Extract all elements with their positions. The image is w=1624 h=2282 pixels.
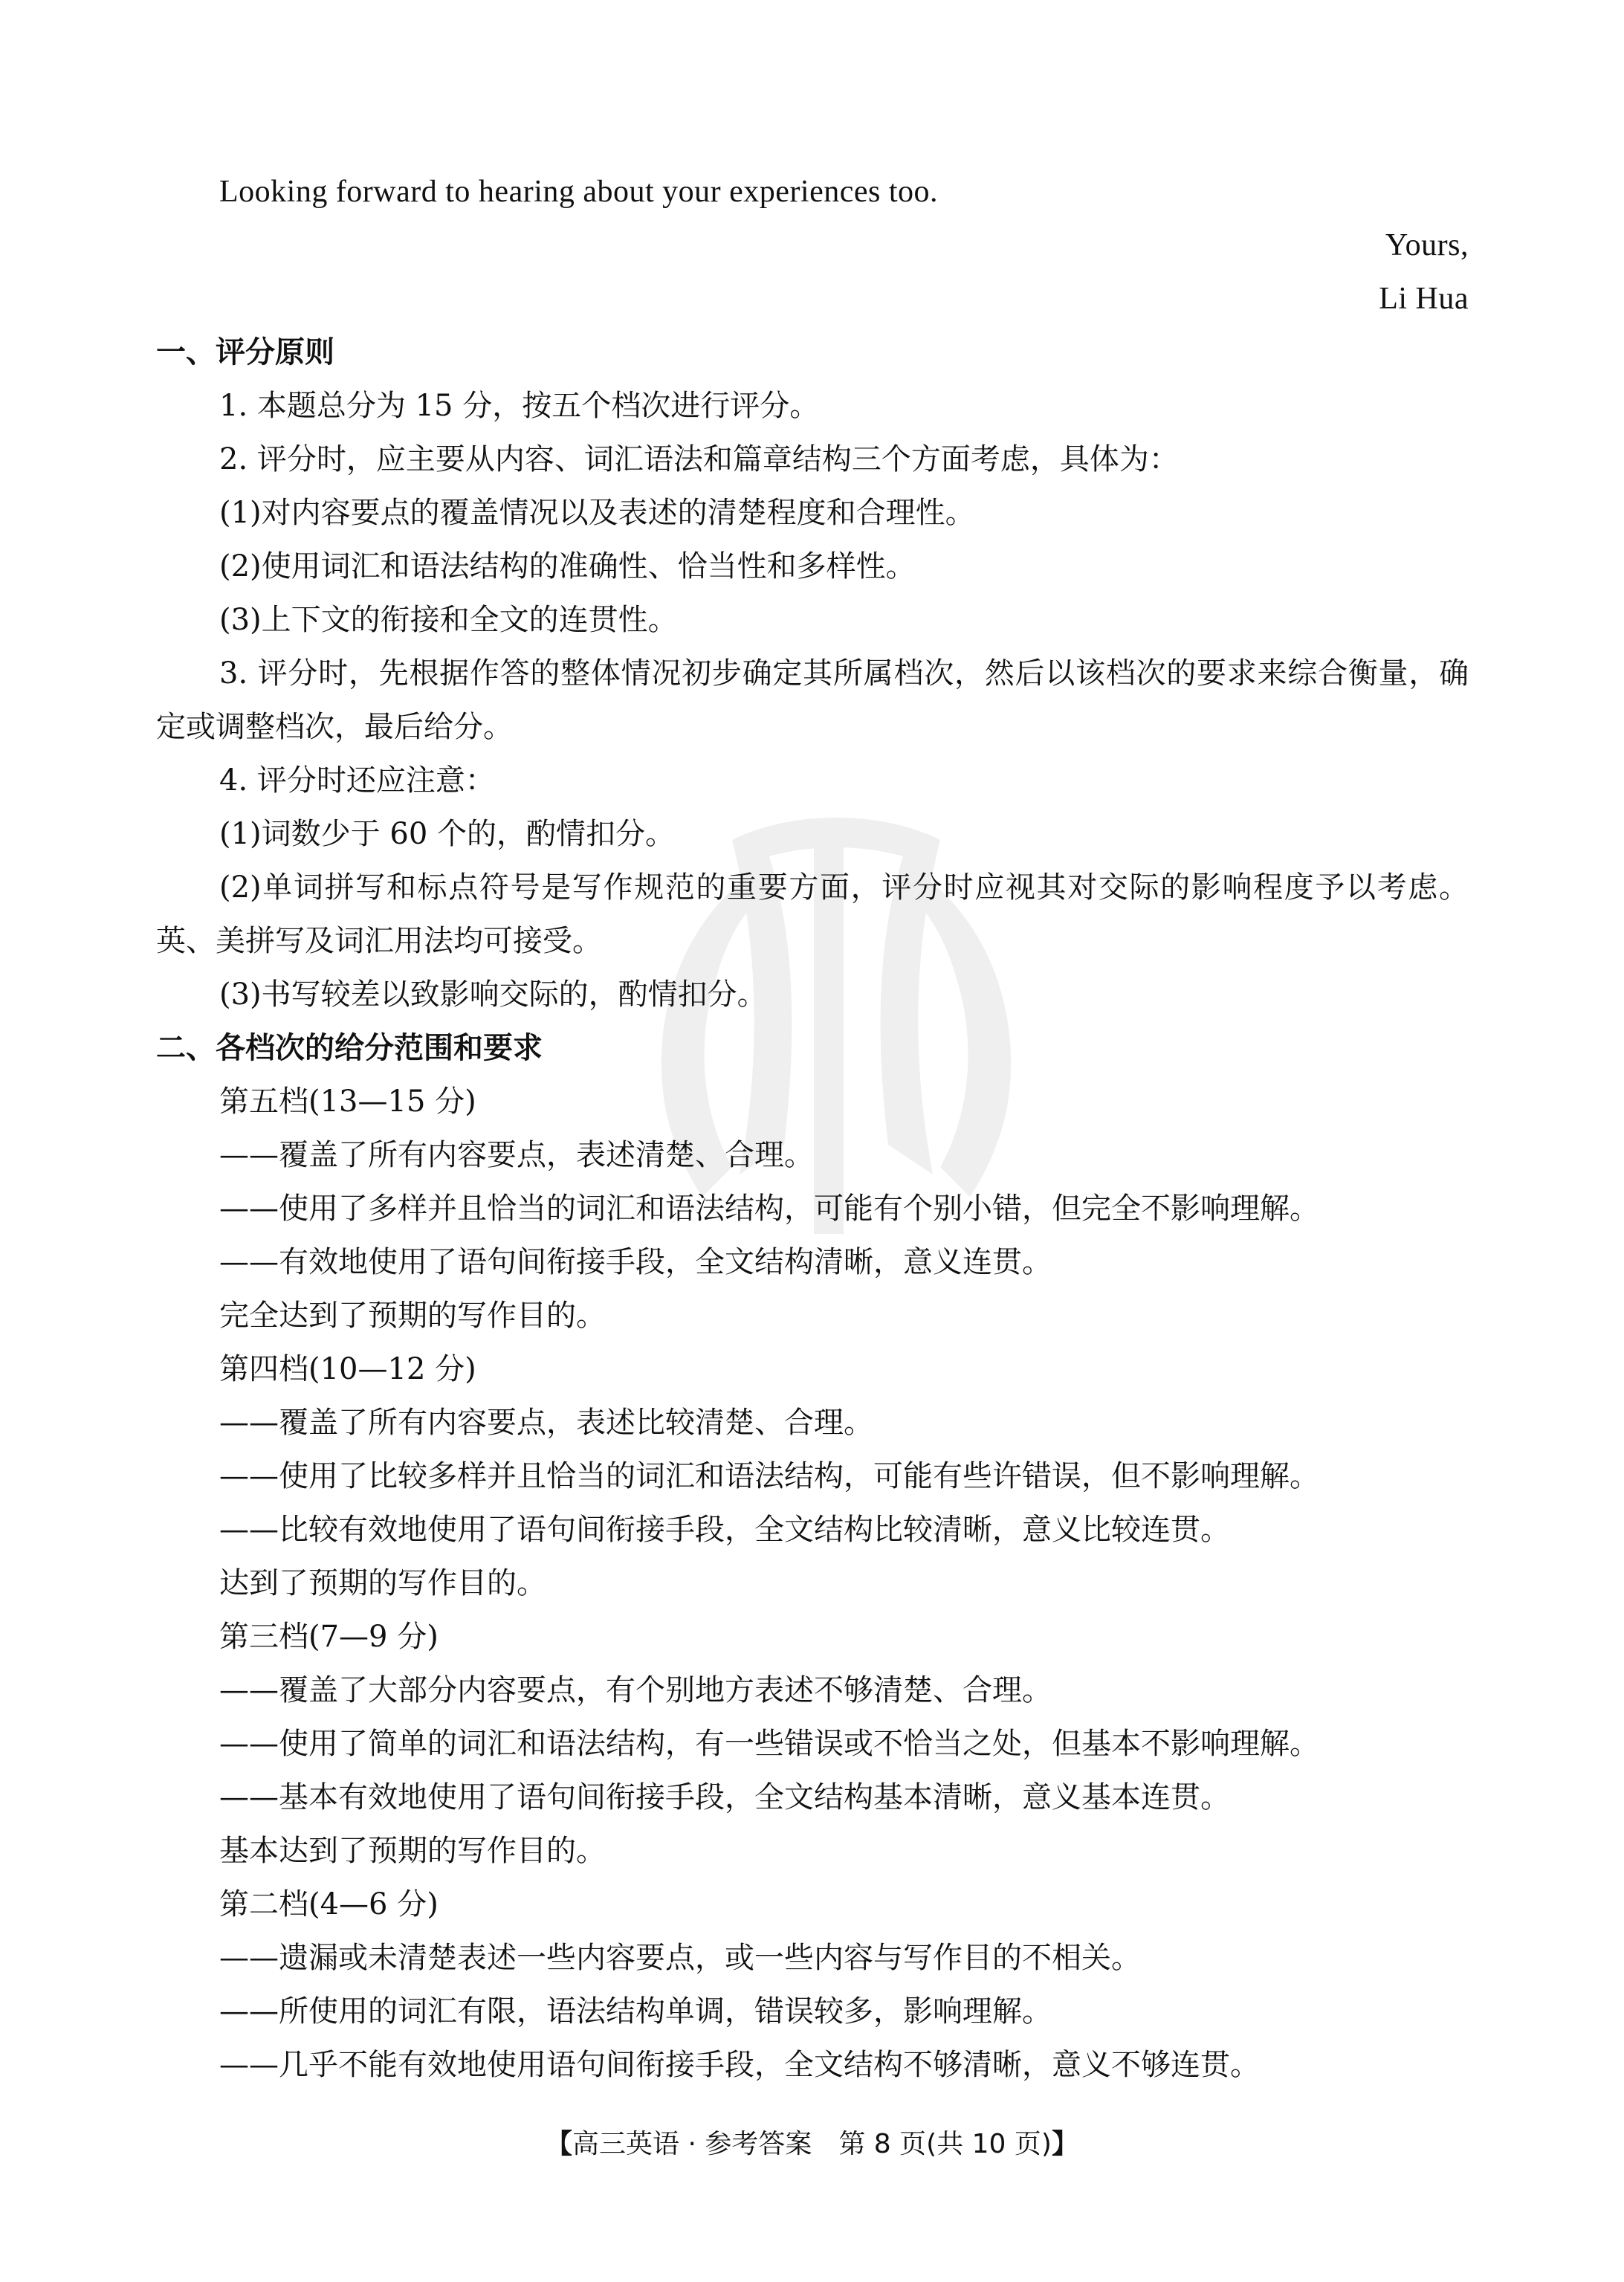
principle-item-2: 2. 评分时，应主要从内容、词汇语法和篇章结构三个方面考虑，具体为： — [156, 433, 1469, 486]
principle-item-3: 3. 评分时，先根据作答的整体情况初步确定其所属档次，然后以该档次的要求来综合衡… — [156, 647, 1469, 754]
principle-subitem-2-1: (1)对内容要点的覆盖情况以及表述的清楚程度和合理性。 — [156, 486, 1469, 540]
tier-criterion: ——所使用的词汇有限，语法结构单调，错误较多，影响理解。 — [156, 1985, 1469, 2038]
tier-criterion: ——遗漏或未清楚表述一些内容要点，或一些内容与写作目的不相关。 — [156, 1931, 1469, 1985]
tier-criterion: ——有效地使用了语句间衔接手段，全文结构清晰，意义连贯。 — [156, 1235, 1469, 1289]
page-footer: 【高三英语 · 参考答案 第 8 页(共 10 页)】 — [0, 2122, 1624, 2167]
tier-criterion: ——基本有效地使用了语句间衔接手段，全文结构基本清晰，意义基本连贯。 — [156, 1771, 1469, 1824]
print-code-mark — [1453, 2160, 1483, 2165]
tier-title: 第三档(7—9 分) — [156, 1610, 1469, 1664]
footer-page-label: 高三英语 · 参考答案 第 8 页(共 10 页) — [572, 2129, 1052, 2159]
tier-summary: 完全达到了预期的写作目的。 — [156, 1289, 1469, 1342]
principle-subitem-2-2: (2)使用词汇和语法结构的准确性、恰当性和多样性。 — [156, 540, 1469, 593]
footer-left-bracket: 【 — [546, 2129, 572, 2159]
principle-subitem-2-3: (3)上下文的衔接和全文的连贯性。 — [156, 593, 1469, 647]
document-body: Looking forward to hearing about your ex… — [156, 165, 1469, 2092]
principle-item-1: 1. 本题总分为 15 分，按五个档次进行评分。 — [156, 379, 1469, 433]
principle-subitem-4-1: (1)词数少于 60 个的，酌情扣分。 — [156, 807, 1469, 861]
tier-3-block: 第三档(7—9 分) ——覆盖了大部分内容要点，有个别地方表述不够清楚、合理。 … — [156, 1610, 1469, 1878]
letter-closing-line: Looking forward to hearing about your ex… — [156, 165, 1469, 219]
tier-title: 第五档(13—15 分) — [156, 1075, 1469, 1128]
tier-5-block: 第五档(13—15 分) ——覆盖了所有内容要点，表述清楚、合理。 ——使用了多… — [156, 1075, 1469, 1342]
footer-right-bracket: 】 — [1052, 2129, 1078, 2159]
tier-criterion: ——使用了简单的词汇和语法结构，有一些错误或不恰当之处，但基本不影响理解。 — [156, 1717, 1469, 1771]
tier-criterion: ——覆盖了所有内容要点，表述比较清楚、合理。 — [156, 1396, 1469, 1449]
tier-criterion: ——使用了多样并且恰当的词汇和语法结构，可能有个别小错，但完全不影响理解。 — [156, 1182, 1469, 1235]
tier-title: 第二档(4—6 分) — [156, 1878, 1469, 1931]
letter-sign-off: Yours, — [156, 219, 1469, 272]
section-heading-score-bands: 二、各档次的给分范围和要求 — [156, 1021, 1469, 1075]
tier-criterion: ——使用了比较多样并且恰当的词汇和语法结构，可能有些许错误，但不影响理解。 — [156, 1449, 1469, 1503]
letter-signature: Li Hua — [156, 272, 1469, 326]
tier-criterion: ——覆盖了所有内容要点，表述清楚、合理。 — [156, 1128, 1469, 1182]
principle-item-4-title: 4. 评分时还应注意： — [156, 754, 1469, 807]
section-heading-scoring-principles: 一、评分原则 — [156, 326, 1469, 379]
principle-subitem-4-3: (3)书写较差以致影响交际的，酌情扣分。 — [156, 968, 1469, 1021]
tier-title: 第四档(10—12 分) — [156, 1342, 1469, 1396]
principle-subitem-4-2: (2)单词拼写和标点符号是写作规范的重要方面，评分时应视其对交际的影响程度予以考… — [156, 861, 1469, 968]
tier-4-block: 第四档(10—12 分) ——覆盖了所有内容要点，表述比较清楚、合理。 ——使用… — [156, 1342, 1469, 1610]
tier-criterion: ——几乎不能有效地使用语句间衔接手段，全文结构不够清晰，意义不够连贯。 — [156, 2038, 1469, 2092]
tier-criterion: ——覆盖了大部分内容要点，有个别地方表述不够清楚、合理。 — [156, 1664, 1469, 1717]
answer-key-page: Looking forward to hearing about your ex… — [0, 0, 1624, 2282]
tier-summary: 达到了预期的写作目的。 — [156, 1557, 1469, 1610]
tier-criterion: ——比较有效地使用了语句间衔接手段，全文结构比较清晰，意义比较连贯。 — [156, 1503, 1469, 1557]
tier-summary: 基本达到了预期的写作目的。 — [156, 1824, 1469, 1878]
tier-2-block: 第二档(4—6 分) ——遗漏或未清楚表述一些内容要点，或一些内容与写作目的不相… — [156, 1878, 1469, 2092]
